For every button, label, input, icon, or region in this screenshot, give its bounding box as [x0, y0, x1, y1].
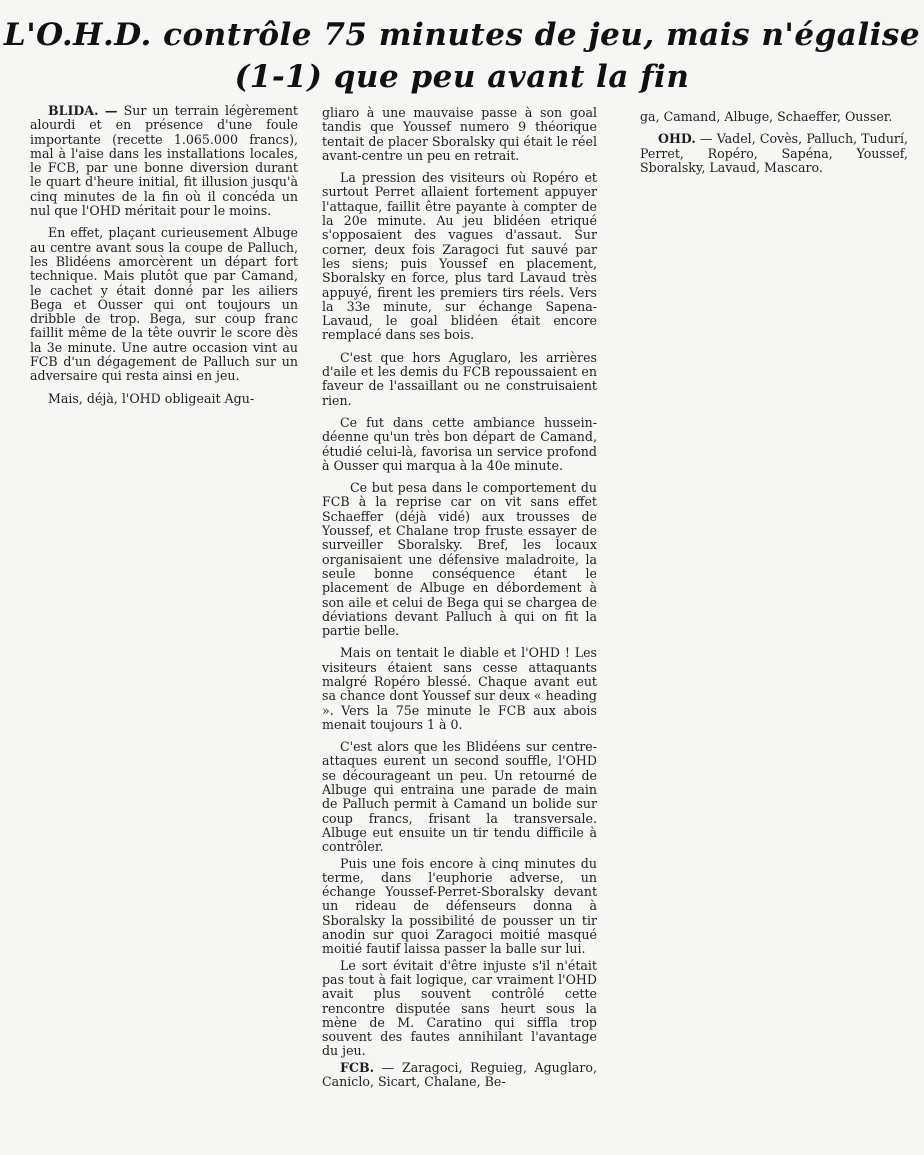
- article-paragraph-5: C'est que hors Aguglaro, les arrières d'…: [322, 351, 597, 408]
- headline: L'O.H.D. contrôle 75 minutes de jeu, mai…: [0, 14, 924, 98]
- article-paragraph-3-start: Mais, déjà, l'OHD obligeait Agu-: [30, 392, 298, 406]
- article-paragraph-2: En effet, plaçant curieusement Albuge au…: [30, 226, 298, 383]
- lineup-fcb-continued: ga, Camand, Albuge, Schaeffer, Ousser.: [640, 110, 908, 124]
- article-paragraph-9: C'est alors que les Blidéens sur centre-…: [322, 740, 597, 854]
- paragraph-text: Sur un terrain légèrement alourdi et en …: [30, 103, 298, 218]
- lineup-ohd: OHD. — Vadel, Covès, Palluch, Tudurí, Pe…: [640, 132, 908, 175]
- newspaper-clipping: L'O.H.D. contrôle 75 minutes de jeu, mai…: [0, 0, 924, 1155]
- article-paragraph-8: Mais on tentait le diable et l'OHD ! Les…: [322, 646, 597, 732]
- article-paragraph-11: Le sort évitait d'être injuste s'il n'ét…: [322, 959, 597, 1059]
- article-paragraph-4: La pression des visiteurs où Ropéro et s…: [322, 171, 597, 343]
- headline-line-1: L'O.H.D. contrôle 75 minutes de jeu, mai…: [0, 14, 924, 56]
- article-paragraph-10: Puis une fois encore à cinq minutes du t…: [322, 857, 597, 957]
- article-column-3: ga, Camand, Albuge, Schaeffer, Ousser. O…: [640, 110, 908, 183]
- article-paragraph-7: Ce but pesa dans le comportement du FCB …: [322, 481, 597, 638]
- article-paragraph-1: BLIDA. — Sur un terrain légèrement alour…: [30, 104, 298, 218]
- headline-line-2: (1-1) que peu avant la fin: [0, 56, 924, 98]
- lineup-team-name: OHD.: [658, 131, 696, 146]
- lineup-separator: —: [696, 131, 717, 146]
- article-paragraph-3-continued: gliaro à une mauvaise passe à son goal t…: [322, 106, 597, 163]
- article-paragraph-6: Ce fut dans cette ambiance hussein-déenn…: [322, 416, 597, 473]
- dateline: BLIDA. —: [48, 103, 118, 118]
- paragraph-text-start: Mais, déjà, l'OHD obligeait Agu-: [48, 391, 254, 406]
- lineup-separator: —: [374, 1060, 402, 1075]
- article-column-2: gliaro à une mauvaise passe à son goal t…: [322, 106, 597, 1091]
- lineup-team-name: FCB.: [340, 1060, 374, 1075]
- lineup-fcb-start: FCB. — Zaragoci, Reguieg, Aguglaro, Cani…: [322, 1061, 597, 1090]
- article-column-1: BLIDA. — Sur un terrain légèrement alour…: [30, 104, 298, 414]
